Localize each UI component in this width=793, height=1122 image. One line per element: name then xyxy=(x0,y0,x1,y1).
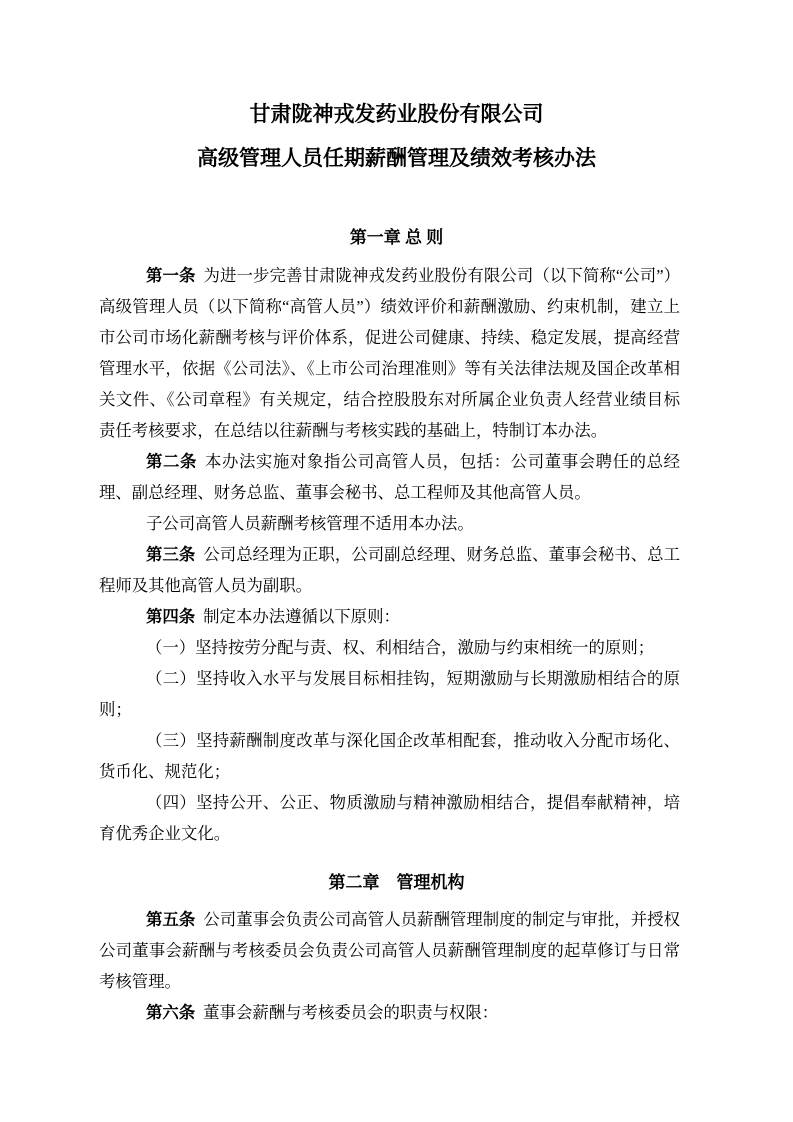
document-page: 甘肃陇神戎发药业股份有限公司 高级管理人员任期薪酬管理及绩效考核办法 第一章 总… xyxy=(0,0,793,1122)
article-2: 第二条本办法实施对象指公司高管人员，包括：公司董事会聘任的总经理、副总经理、财务… xyxy=(99,446,680,508)
article-1-lead: 第一条 xyxy=(146,266,195,285)
article-6-text: 董事会薪酬与考核委员会的职责与权限： xyxy=(203,1003,498,1022)
article-4-item-2: （二）坚持收入水平与发展目标相挂钩，短期激励与长期激励相结合的原则； xyxy=(99,663,680,725)
article-2-lead: 第二条 xyxy=(146,452,197,471)
article-5: 第五条公司董事会负责公司高管人员薪酬管理制度的制定与审批，并授权公司董事会薪酬与… xyxy=(99,904,680,997)
chapter-1-heading: 第一章 总 则 xyxy=(106,222,687,253)
article-6-lead: 第六条 xyxy=(146,1003,195,1022)
article-4-item-4: （四）坚持公开、公正、物质激励与精神激励相结合，提倡奉献精神，培育优秀企业文化。 xyxy=(99,787,680,849)
document-title-line2: 高级管理人员任期薪酬管理及绩效考核办法 xyxy=(106,136,687,180)
article-4: 第四条制定本办法遵循以下原则： xyxy=(99,601,680,632)
article-4-lead: 第四条 xyxy=(146,607,195,626)
chapter-2-heading: 第二章 管理机构 xyxy=(106,867,687,898)
article-5-lead: 第五条 xyxy=(146,910,195,929)
article-1-text: 为进一步完善甘肃陇神戎发药业股份有限公司（以下简称“公司”）高级管理人员（以下简… xyxy=(99,266,680,440)
article-3: 第三条公司总经理为正职，公司副总经理、财务总监、董事会秘书、总工程师及其他高管人… xyxy=(99,539,680,601)
document-title-line1: 甘肃陇神戎发药业股份有限公司 xyxy=(106,92,687,136)
article-4-item-1: （一）坚持按劳分配与责、权、利相结合，激励与约束相统一的原则； xyxy=(99,632,680,663)
article-4-item-3: （三）坚持薪酬制度改革与深化国企改革相配套，推动收入分配市场化、货币化、规范化； xyxy=(99,725,680,787)
article-3-lead: 第三条 xyxy=(146,545,195,564)
article-1: 第一条为进一步完善甘肃陇神戎发药业股份有限公司（以下简称“公司”）高级管理人员（… xyxy=(99,260,680,446)
document-content: 甘肃陇神戎发药业股份有限公司 高级管理人员任期薪酬管理及绩效考核办法 第一章 总… xyxy=(99,0,680,1028)
article-4-text: 制定本办法遵循以下原则： xyxy=(203,607,400,626)
article-6: 第六条董事会薪酬与考核委员会的职责与权限： xyxy=(99,997,680,1028)
article-2-note: 子公司高管人员薪酬考核管理不适用本办法。 xyxy=(99,508,680,539)
